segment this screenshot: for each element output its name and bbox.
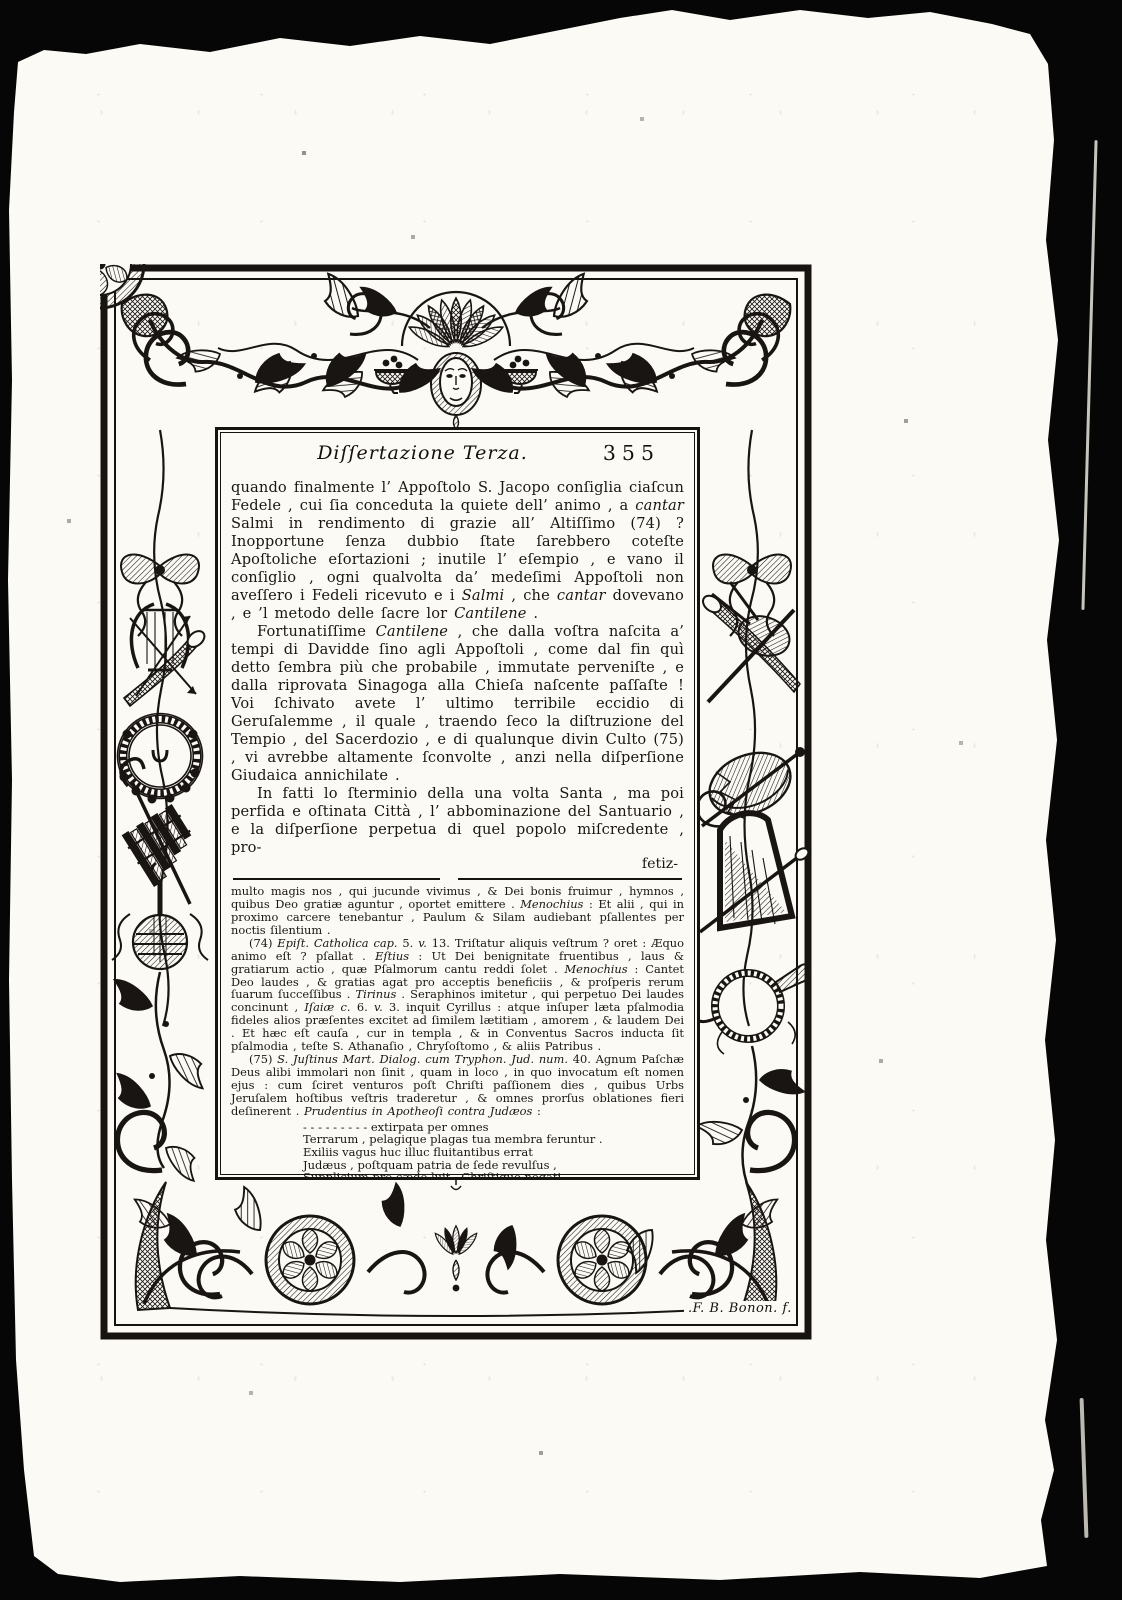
- text-panel: Diſſertazione Terza. 355 quando finalmen…: [215, 427, 700, 1180]
- scanned-book-page: Diſſertazione Terza. 355 quando finalmen…: [0, 0, 1122, 1600]
- corner-spray: [131, 1182, 240, 1310]
- hunting-horn-icon: [696, 964, 810, 1054]
- catchword: fetiz-: [231, 856, 684, 872]
- scan-edge-artifact: [1081, 140, 1097, 610]
- center-mark: [451, 1180, 461, 1190]
- body-text: quando finalmente l’ Appoſtolo S. Jacopo…: [231, 479, 684, 857]
- footnote-separator: [233, 878, 682, 880]
- scan-edge-artifact: [1080, 1398, 1089, 1538]
- engraver-signature: .F. B. Bonon. f.: [684, 1301, 796, 1316]
- separator-segment: [233, 878, 440, 880]
- verse-quotation: - - - - - - - - - extirpata per omnesTer…: [303, 1121, 684, 1181]
- leafy-vine: [109, 972, 212, 1181]
- footnotes: multo magis nos , qui jucunde vivimus , …: [231, 885, 684, 1117]
- center-palmette: [433, 1226, 479, 1292]
- harp-icon: [697, 791, 810, 932]
- verse-line: Supplicium pro cæde luit , Chriſtique ne…: [303, 1171, 684, 1180]
- verse-line: Exiliis vagus huc illuc fluitantibus err…: [303, 1146, 684, 1159]
- body-paragraph: Fortunatiſſime Cantilene , che dalla voſ…: [231, 623, 684, 785]
- verse-line: Terrarum , pelagique plagas tua membra f…: [303, 1133, 684, 1146]
- right-instrument-trophy: [696, 430, 811, 1192]
- body-paragraph: quando finalmente l’ Appoſtolo S. Jacopo…: [231, 479, 684, 623]
- separator-segment: [458, 878, 682, 880]
- footnote: (75) S. Juſtinus Mart. Dialog. cum Tryph…: [231, 1053, 684, 1118]
- page-title: Diſſertazione Terza.: [231, 442, 614, 464]
- page-number: 355: [603, 441, 660, 465]
- acanthus-garland: [122, 273, 440, 406]
- page-header: Diſſertazione Terza. 355: [231, 442, 684, 472]
- body-paragraph: In fatti lo ſterminio della una volta Sa…: [231, 785, 684, 857]
- top-border-ornament: [122, 273, 791, 429]
- mask-face-ornament: [431, 353, 481, 429]
- leafy-vine: [696, 1046, 804, 1192]
- left-instrument-trophy: [109, 430, 212, 1181]
- footnote: multo magis nos , qui jucunde vivimus , …: [231, 885, 684, 937]
- hanging-cord: [743, 430, 757, 1026]
- footnote: (74) Epiſt. Catholica cap. 5. v. 13. Tri…: [231, 937, 684, 1053]
- paper-specks: [0, 0, 2, 2]
